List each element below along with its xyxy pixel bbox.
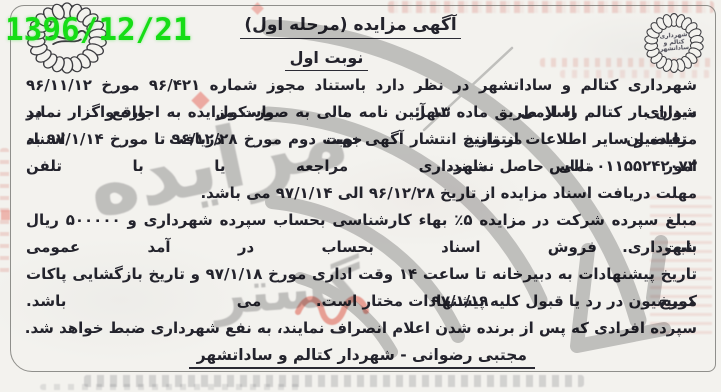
- body-line: مبلغ سپرده شرکت در مزایده ۵٪ بهاء کارشنا…: [26, 207, 697, 234]
- body-line: شهرداری کتالم و ساداتشهر در نظر دارد باس…: [26, 72, 697, 99]
- body-line: مهلت دریافت اسناد مزایده از تاریخ ۹۶/۱۲/…: [26, 180, 697, 207]
- body-line: تاریخ پیشنهادات به دبیرخانه تا ساعت ۱۴ و…: [26, 261, 697, 288]
- body-line: مزایده و سایر اطلاعات از تاریخ انتشار آگ…: [26, 126, 697, 153]
- signature-text: مجتبی رضوانی - شهردار کتالم و ساداتشهر: [189, 346, 535, 369]
- print-bleed-bottom: [84, 375, 584, 387]
- body-line: سپرده افرادی که پس از برنده شدن اعلام ان…: [26, 315, 697, 342]
- pink-mark: [251, 2, 264, 15]
- body-line: میدان بار کتالم را از طریق ماده ۱۳ آئین …: [26, 99, 697, 126]
- scanned-auction-notice: شهرداری کتالم و ساداتشهر 1396/12/21 آگهی…: [0, 0, 721, 392]
- pink-mark: [1, 210, 10, 220]
- signature-block: مجتبی رضوانی - شهردار کتالم و ساداتشهر: [26, 346, 697, 369]
- notice-round-wrap: نوبت اول: [0, 48, 721, 71]
- notice-body: شهرداری کتالم و ساداتشهر در نظر دارد باس…: [26, 72, 697, 369]
- camera-timestamp: 1396/12/21: [5, 12, 192, 48]
- print-bleed-bottom2: [40, 384, 300, 390]
- notice-round: نوبت اول: [285, 48, 369, 71]
- notice-title: آگهی مزایده (مرحله اول): [240, 15, 460, 39]
